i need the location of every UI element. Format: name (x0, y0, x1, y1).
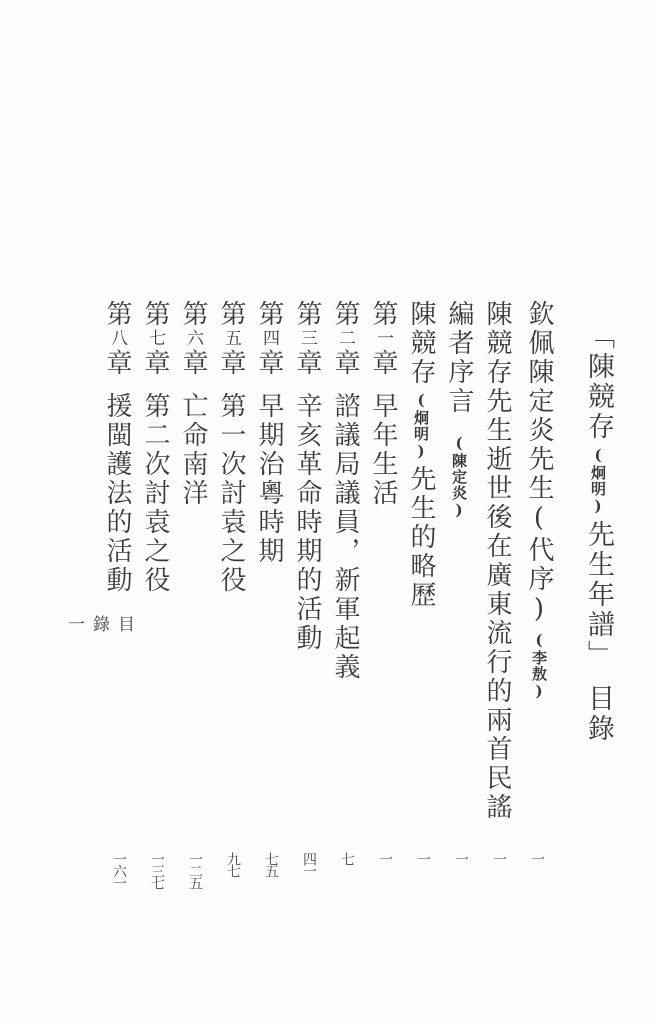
title-suffix: 目錄 (583, 684, 614, 744)
toc-chapter-4[interactable]: 第四章早期治粵時期 (256, 300, 282, 566)
entry-title-part: 先生的略歷 (406, 465, 436, 610)
toc-chapter-1[interactable]: 第一章早年生活 (370, 300, 396, 508)
chapter-title: 早年生活 (368, 392, 398, 508)
chapter-number: 二 (335, 329, 355, 349)
page-number: 一 (454, 852, 468, 864)
page-number: 九七 (226, 852, 240, 876)
entry-title: 編者序言 (444, 300, 474, 416)
toc-entry-biography[interactable]: 陳競存(炯明)先生的略歷 (408, 300, 434, 610)
page-number: 一三七 (150, 852, 164, 888)
entry-alias-note: (炯明) (413, 391, 428, 461)
chapter-number: 四 (259, 329, 279, 349)
chapter-title: 第二次討袁之役 (140, 392, 170, 595)
page-number: 一 (378, 852, 392, 864)
page-number: 一六一 (112, 852, 126, 888)
entry-title: 欽佩陳定炎先生(代序) (524, 300, 554, 627)
entry-title: 陳競存先生逝世後在廣東流行的兩首民謠 (482, 300, 512, 822)
footer-section: 目 (112, 615, 137, 670)
toc-chapter-2[interactable]: 第二章諮議局議員，新軍起義 (332, 300, 358, 682)
page-number: 七 (340, 852, 354, 864)
toc-chapter-3[interactable]: 第三章辛亥革命時期的活動 (294, 300, 320, 653)
entry-title-part: 陳競存 (406, 300, 436, 387)
chapter-title: 援閩護法的活動 (102, 392, 132, 595)
chapter-title: 早期治粵時期 (254, 392, 284, 566)
toc-entry-preface[interactable]: 欽佩陳定炎先生(代序)(李敖) (526, 300, 552, 705)
footer-page-number: 一 (62, 615, 87, 670)
chapter-number: 六 (183, 329, 203, 349)
chapter-title: 辛亥革命時期的活動 (292, 392, 322, 653)
chapter-number: 三 (297, 329, 317, 349)
toc-entry-folk-songs[interactable]: 陳競存先生逝世後在廣東流行的兩首民謠 (484, 300, 510, 822)
page-number: 一二五 (188, 852, 202, 888)
entry-author-note: (李敖) (531, 631, 546, 701)
chapter-title: 亡命南洋 (178, 392, 208, 508)
page-number: 七五 (264, 852, 278, 876)
footer-section-2: 錄 (87, 615, 112, 670)
title-rest: 先生年譜 (583, 520, 614, 640)
page-number: 一 (416, 852, 430, 864)
title-name: 陳競存 (583, 352, 614, 442)
toc-chapter-8[interactable]: 第八章援閩護法的活動 (104, 300, 130, 595)
entry-author-note: (陳定炎) (451, 434, 466, 520)
toc-title: 「陳競存(炯明)先生年譜」目錄 (585, 322, 612, 744)
title-close-bracket: 」 (583, 640, 614, 670)
toc-chapter-5[interactable]: 第五章第一次討袁之役 (218, 300, 244, 595)
chapter-number: 五 (221, 329, 241, 349)
chapter-number: 一 (373, 329, 393, 349)
chapter-title: 諮議局議員，新軍起義 (330, 392, 360, 682)
page-number: 一 (530, 852, 544, 864)
chapter-number: 八 (107, 329, 127, 349)
toc-entry-editor-preface[interactable]: 編者序言(陳定炎) (446, 300, 472, 524)
page-number: 四一 (302, 852, 316, 876)
chapter-title: 第一次討袁之役 (216, 392, 246, 595)
title-alias: (炯明) (590, 446, 605, 516)
page-number: 一 (492, 852, 506, 864)
toc-chapter-6[interactable]: 第六章亡命南洋 (180, 300, 206, 508)
toc-chapter-7[interactable]: 第七章第二次討袁之役 (142, 300, 168, 595)
title-open-bracket: 「 (583, 322, 614, 352)
chapter-number: 七 (145, 329, 165, 349)
page-footer: 目 錄 一 (62, 615, 137, 670)
